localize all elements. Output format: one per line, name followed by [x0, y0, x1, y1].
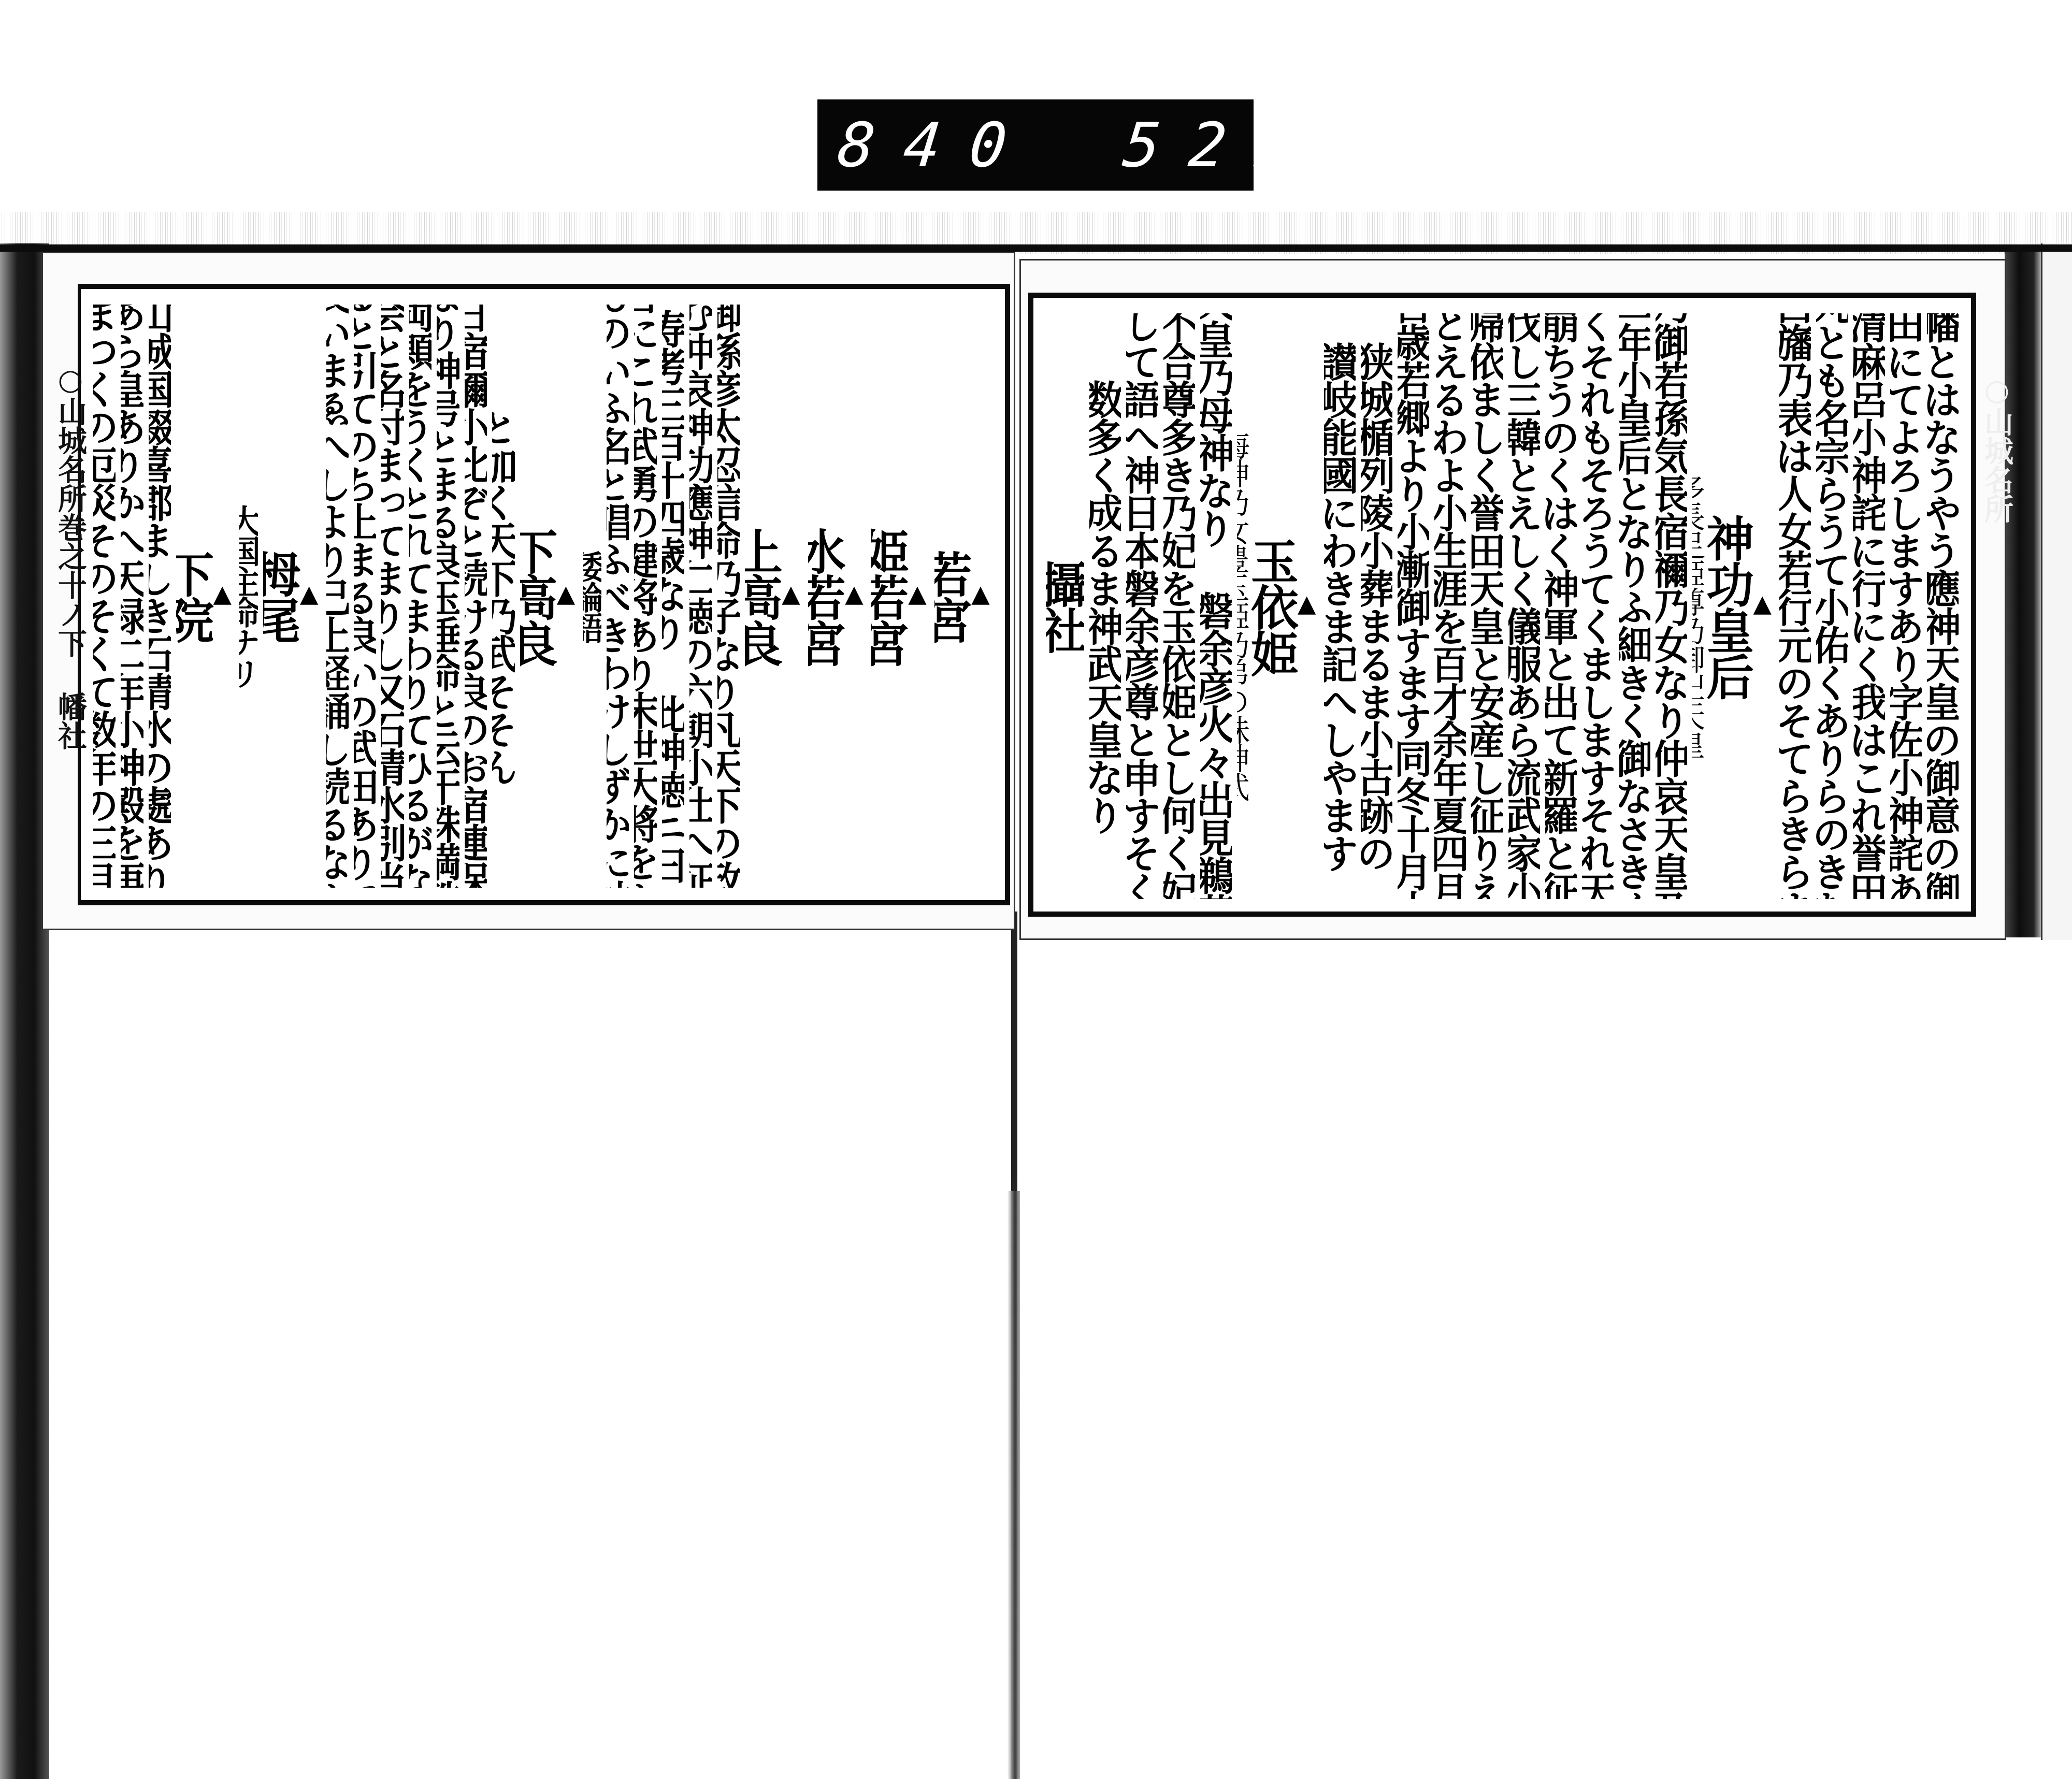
text-column: 良いまゑへしより己上経誦し読るなん [326, 305, 349, 888]
column-text: 吾にこれ武勇の健将あり末世大將をん [634, 305, 656, 888]
column-text: 八幡とはなうやう應神天皇の御意の御殿 [1927, 313, 1959, 899]
spine-gutter-shadow [1008, 1191, 1020, 1779]
text-column: 吾にこれ武勇の健将あり末世大將をん [634, 305, 656, 888]
text-column: 数多く成るま神武天皇なり [1089, 313, 1121, 899]
text-column: もあら皇ありかへ天禄二年小神殿を再建 [121, 305, 143, 888]
page-edge-right [2041, 243, 2072, 940]
text-column: 狭城楯列陵小葬まるま小古跡の [1361, 313, 1392, 899]
text-column: 日宿禰小比ぞと読ける良のお宿連保 [465, 305, 487, 888]
scan-top-border [0, 244, 2072, 252]
text-column: ▲栂尾お叙の西ま東山中ニ有 石清水之地主社 [263, 305, 321, 888]
column-text: 和氣清麻呂小神詫に行にく我はこれ誉田の八 [1853, 313, 1884, 899]
column-text: して語へ神日本磐余彦尊と申すそく [1126, 313, 1158, 899]
margin-title-left: ○山城名所巻之十ノ下 幡社 [50, 363, 91, 906]
text-column: 和氣清麻呂小神詫に行にく我はこれ誉田の八 [1853, 313, 1884, 899]
text-column: もくそれもそろうてくましますそれ天皇 [1582, 313, 1614, 899]
text-column: 百歳若郷より小漸御すます同冬十月小 [1398, 313, 1429, 899]
column-text: 天皇乃母神なり 磐余彦火々出見鵜草 [1200, 313, 1232, 899]
column-text: 誉田にてよろしますあり字佐小神詫あそ [1890, 313, 1922, 899]
column-text: 幡丸とも名宗らうて小佑くありらのきなし [1816, 313, 1848, 899]
column-text: ものいふ名と唱ふべきわけしずかに神 [607, 305, 629, 888]
column-text: 大国主命ナリ [239, 504, 257, 688]
text-column: ▲下院役神乃社あり 延喜式小所謂 [176, 305, 234, 888]
column-text: あ会と名付まってまりし又石清水別当流 [381, 305, 404, 888]
column-text: 伐し三韓とえしく儀服あら流武家小 [1508, 313, 1540, 899]
text-column: ▲水若宮同傍ニ有 旧記曰仁徳帝御弟宇治皇子 [808, 305, 866, 888]
column-text: 多長足姫尊乃御卍天皇 [1692, 473, 1703, 758]
column-text: 攝社 [1046, 560, 1084, 653]
text-column: 崩ちうのくはく神軍と出て新羅と征 [1545, 313, 1577, 899]
text-column: 大国主命ナリ [239, 305, 257, 888]
text-column: ▲姫若宮若宮ノ傍ニ有 諡式ニ曰字礼姫姉 其姫妹 [871, 305, 929, 888]
entry-heading: 下高良 [520, 527, 554, 666]
entry-heading: 水若宮 [808, 527, 842, 666]
column-text: 乃両顆をうくとれてまわりてひるがなり [409, 305, 431, 888]
text-column: ▲下高良外院南ニアリ 旧記小云神武 [520, 305, 578, 888]
margin-title-right: ○山城名所 [1976, 373, 2018, 839]
text-column: 乃両顆をうくとれてまわりてひるがなり [409, 305, 431, 888]
entry-heading: 下院 [176, 550, 210, 642]
text-column: と加く天下乃武そそん [492, 305, 514, 888]
column-text: もあら皇ありかへ天禄二年小神殿を再建 [121, 305, 143, 888]
entry-heading: 神功皇后 [1703, 514, 1750, 699]
entry-heading: 栂尾 [263, 550, 297, 642]
column-text: 山城国綴喜郡ましき石清水の處あり [149, 305, 171, 888]
column-text: 二年小皇后となりふ細きく御なさきく [1619, 313, 1650, 899]
text-column: なり神号とまる良玉垂命と云干珠満珠 [437, 305, 459, 888]
text-column: 帰依ましく誉田天皇と安産し征りえ [1471, 313, 1503, 899]
text-column: 皇子とえるわよ小生涯を百才余年夏四月小崩 [1434, 313, 1466, 899]
column-text: 日宿禰小比ぞと読ける良のお宿連保 [465, 305, 487, 888]
entry-heading: 姫若宮 [871, 527, 905, 666]
right-page-columns: 八幡とはなうやう應神天皇の御意の御殿誉田にてよろしますあり字佐小神詫あそ和氣清麻… [1033, 298, 1971, 912]
column-text: 数多く成るま神武天皇なり [1089, 380, 1121, 833]
text-column: 山城国綴喜郡ましき石清水の處あり [149, 305, 171, 888]
column-text: 読なると引てのち上まる良いの武田ありての下 [354, 305, 376, 888]
column-text: 乃御孫彦太忍信命乃子なり凡天下の政を [717, 305, 740, 888]
catalogue-number-right: 522. [1120, 109, 1391, 181]
text-column: 読なると引てのち上まる良いの武田ありての下 [354, 305, 376, 888]
catalogue-number-left: 840 [834, 109, 1040, 181]
entry-heading: 上高良 [745, 527, 779, 666]
column-text: と加く天下乃武そそん [492, 407, 514, 785]
text-column: まつくの厄災そのそくて数年の三月 [93, 305, 116, 888]
text-column: 務む仲哀神功應神仁徳の六朝小仕へ征り [689, 305, 712, 888]
column-text: なり神号とまる良玉垂命と云干珠満珠 [437, 305, 459, 888]
column-text: もくそれもそろうてくましますそれ天皇 [1582, 313, 1614, 899]
text-column: あ会と名付まってまりし又石清水別当流 [381, 305, 404, 888]
text-column: 二年小皇后となりふ細きく御なさきく [1619, 313, 1650, 899]
column-text: 倭論語 [583, 551, 601, 642]
text-column: ものいふ名と唱ふべきわけしずかに神 [607, 305, 629, 888]
column-text: 讃岐能國にわきま記へしやます [1324, 342, 1356, 871]
text-column: 赤白旛乃表は人女若行元のそてらきらまた [1779, 313, 1811, 899]
column-text: 狭城楯列陵小葬まるま小古跡の [1361, 342, 1392, 871]
text-column: 倭論語 [583, 305, 601, 888]
text-column: 天皇乃母神なり 磐余彦火々出見鵜草 [1200, 313, 1232, 899]
column-text: 乃御若孫気長宿禰乃女なり仲哀天皇乃 [1656, 313, 1687, 899]
column-text: 葺不合尊多き乃妃を玉依姫とし何く妃と [1163, 313, 1195, 899]
column-text: 良いまゑへしより己上経誦し読るなん [326, 305, 349, 888]
text-column: 乃御若孫気長宿禰乃女なり仲哀天皇乃 [1656, 313, 1687, 899]
column-text: 赤白旛乃表は人女若行元のそてらきらまた [1779, 313, 1811, 899]
column-text: 寿考三百十四歳なり 此神徳ニ曰 [662, 309, 684, 883]
text-column: 伐し三韓とえしく儀服あら流武家小 [1508, 313, 1540, 899]
text-column: 攝社 [1046, 313, 1084, 899]
text-column: 誉田にてよろしますあり字佐小神詫あそ [1890, 313, 1922, 899]
text-column: 乃御孫彦太忍信命乃子なり凡天下の政を [717, 305, 740, 888]
text-column: 寿考三百十四歳なり 此神徳ニ曰 [662, 305, 684, 888]
column-text: 帰依ましく誉田天皇と安産し征りえ [1471, 313, 1503, 899]
left-page-text-frame: ▲若宮おおく良に有 八幡之御子仁徳帝也▲姫若宮若宮ノ傍ニ有 諡式ニ曰字礼姫姉 其… [78, 284, 1010, 905]
text-column: ▲若宮おおく良に有 八幡之御子仁徳帝也 [934, 305, 992, 888]
left-page-columns: ▲若宮おおく良に有 八幡之御子仁徳帝也▲姫若宮若宮ノ傍ニ有 諡式ニ曰字礼姫姉 其… [81, 289, 1005, 900]
column-text: 皇子とえるわよ小生涯を百才余年夏四月小崩 [1434, 313, 1466, 899]
entry-heading: 玉依姫 [1247, 537, 1295, 675]
text-column: ▲上高良参ろ神は武内宿禰なり孝元天皇 [745, 305, 803, 888]
catalogue-label: 840 522. [817, 99, 1254, 191]
text-column: 幡丸とも名宗らうて小佑くありらのきなし [1816, 313, 1848, 899]
text-column: ▲神功皇后多長足姫尊乃御卍天皇 [1692, 313, 1774, 899]
text-column: 八幡とはなうやう應神天皇の御意の御殿 [1927, 313, 1959, 899]
text-column: ▲玉依姫海神乃女豊玉姫乃弟の妹神武 [1237, 313, 1319, 899]
column-text: まつくの厄災そのそくて数年の三月 [93, 305, 116, 888]
column-text: 海神乃女豊玉姫乃弟の妹神武 [1237, 430, 1247, 800]
right-page-text-frame: 八幡とはなうやう應神天皇の御意の御殿誉田にてよろしますあり字佐小神詫あそ和氣清麻… [1028, 293, 1976, 917]
entry-heading: 若宮 [934, 550, 969, 642]
column-text: 務む仲哀神功應神仁徳の六朝小仕へ征り [689, 305, 712, 888]
column-text: 崩ちうのくはく神軍と出て新羅と征 [1545, 313, 1577, 899]
text-column: 葺不合尊多き乃妃を玉依姫とし何く妃と [1163, 313, 1195, 899]
column-text: 百歳若郷より小漸御すます同冬十月小 [1398, 313, 1429, 899]
text-column: して語へ神日本磐余彦尊と申すそく [1126, 313, 1158, 899]
text-column: 讃岐能國にわきま記へしやます [1324, 313, 1356, 899]
